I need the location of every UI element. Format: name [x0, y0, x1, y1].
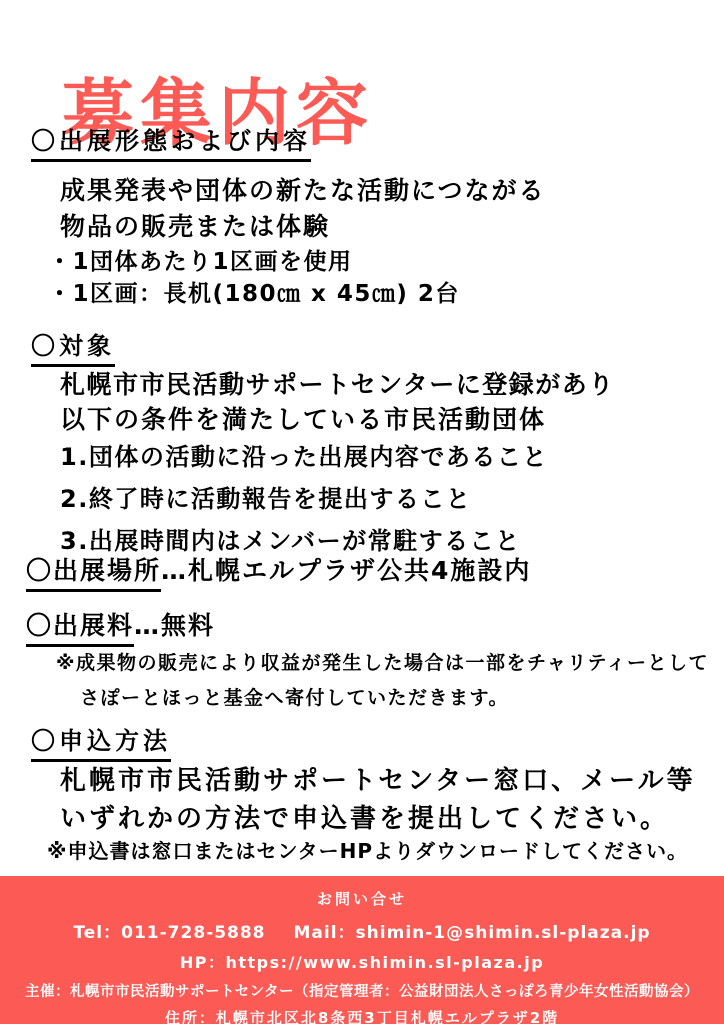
section-heading-text: 〇申込方法 [31, 727, 171, 762]
eligibility-line: 札幌市市民活動サポートセンターに登録があり [60, 370, 615, 400]
eligibility-condition: 1.団体の活動に沿った出展内容であること [60, 443, 548, 472]
contact-footer: お問い合せ Tel：011-728-5888 Mail：shimin-1@shi… [0, 876, 724, 1024]
exhibit-format-line: 物品の販売または体験 [60, 212, 330, 242]
section-venue-line: 〇出展場所…札幌エルプラザ公共4施設内 [26, 556, 531, 592]
section-heading-text: 〇対象 [31, 332, 115, 367]
flyer-page: 募集内容 〇出展形態および内容 成果発表や団体の新たな活動につながる 物品の販売… [0, 0, 724, 1024]
section-fee-line: 〇出展料…無料 [26, 611, 215, 647]
eligibility-condition: 2.終了時に活動報告を提出すること [60, 485, 471, 514]
application-line: いずれかの方法で申込書を提出してください。 [60, 804, 669, 835]
contact-mail: Mail：shimin-1@shimin.sl-plaza.jp [294, 918, 651, 943]
section-heading-application: 〇申込方法 [31, 727, 171, 762]
section-heading-text: 〇出展形態および内容 [31, 127, 311, 162]
exhibit-format-line: 成果発表や団体の新たな活動につながる [60, 176, 546, 206]
section-heading-exhibit-format: 〇出展形態および内容 [31, 127, 311, 162]
contact-organizer: 主催：札幌市市民活動サポートセンター（指定管理者：公益財団法人さっぽろ青少年女性… [0, 980, 724, 1001]
fee-heading: 〇出展料 [26, 611, 134, 647]
section-heading-eligibility: 〇対象 [31, 332, 115, 367]
eligibility-condition: 3.出展時間内はメンバーが常駐すること [60, 527, 521, 556]
application-note: ※申込書は窓口またはセンターHPよりダウンロードしてください。 [47, 839, 688, 863]
application-line: 札幌市市民活動サポートセンター窓口、メール等 [60, 766, 696, 797]
exhibit-format-bullet: ・1区画：長机(180㎝ x 45㎝) 2台 [48, 281, 460, 309]
venue-heading: 〇出展場所 [26, 556, 161, 592]
eligibility-line: 以下の条件を満たしている市民活動団体 [60, 405, 546, 435]
contact-website: HP：https://www.shimin.sl-plaza.jp [0, 950, 724, 973]
fee-note-line: ※成果物の販売により収益が発生した場合は一部をチャリティーとして [56, 652, 709, 675]
contact-tel-mail-row: Tel：011-728-5888 Mail：shimin-1@shimin.sl… [0, 918, 724, 943]
contact-heading: お問い合せ [0, 888, 724, 909]
fee-value: …無料 [134, 611, 215, 640]
contact-address: 住所：札幌市北区北8条西3丁目札幌エルプラザ2階 [0, 1007, 724, 1024]
venue-value: …札幌エルプラザ公共4施設内 [161, 556, 531, 585]
fee-note-line: さぽーとほっと基金へ寄付していただきます。 [80, 687, 509, 710]
exhibit-format-bullet: ・1団体あたり1区画を使用 [48, 249, 353, 277]
contact-tel: Tel：011-728-5888 [73, 918, 265, 943]
